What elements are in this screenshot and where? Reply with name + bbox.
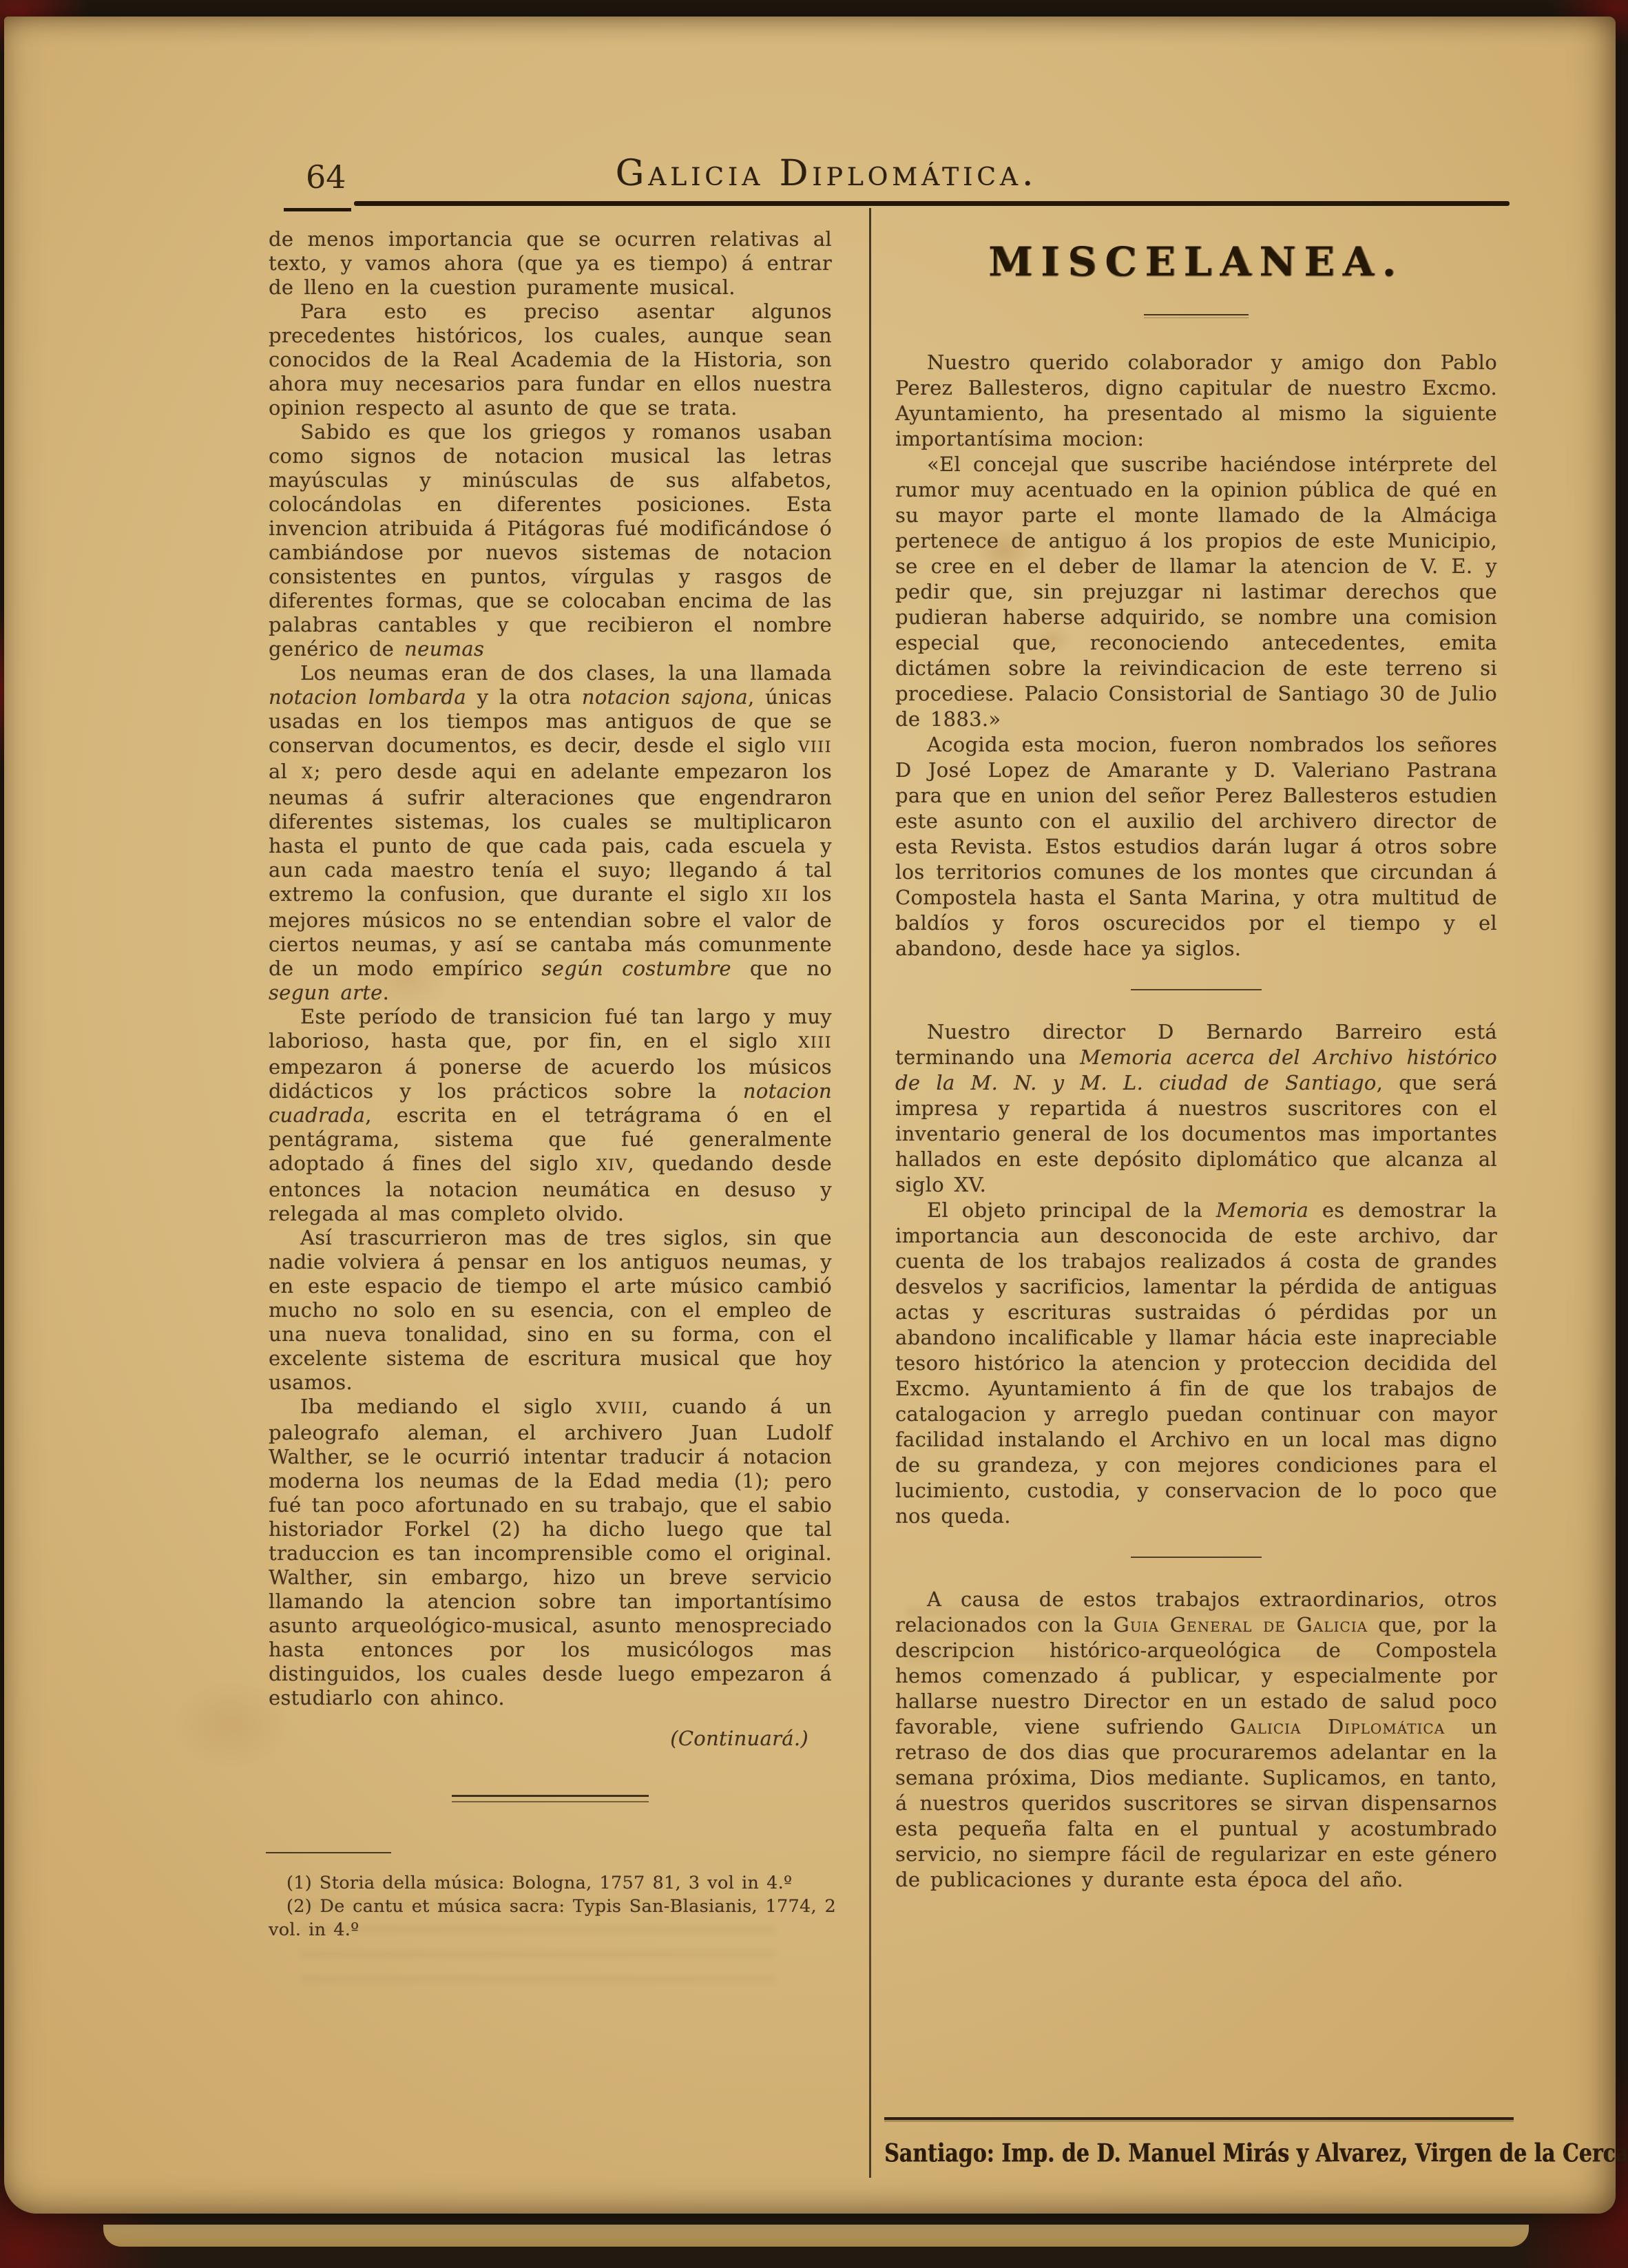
title-flourish-rule — [1144, 314, 1249, 318]
article-end-rule — [452, 1795, 649, 1802]
miscelanea-items: Nuestro querido colaborador y amigo don … — [895, 350, 1497, 1893]
paragraph: Sabido es que los griegos y romanos usab… — [269, 420, 832, 661]
text-segment: VIII — [798, 738, 832, 756]
news-item: Nuestro director D Bernardo Barreiro est… — [895, 1019, 1497, 1529]
journal-title: Galicia Diplomática. — [530, 153, 1123, 194]
article-text: de menos importancia que se ocurren rela… — [269, 227, 832, 1710]
text-segment: Sabido es que los griegos y romanos usab… — [269, 420, 832, 660]
text-segment: «El concejal que suscribe haciéndose int… — [895, 452, 1497, 731]
footnotes: (1) Storia della música: Bologna, 1757 8… — [269, 1871, 836, 1942]
text-segment: un retraso de dos dias que procuraremos … — [895, 1715, 1497, 1891]
text-segment: neumas — [404, 637, 484, 660]
header-rule-left-segment — [284, 208, 351, 211]
header-rule — [354, 201, 1510, 206]
paragraph: A causa de estos trabajos extraordinario… — [895, 1587, 1497, 1893]
article-column: de menos importancia que se ocurren rela… — [269, 227, 832, 1942]
text-segment: Galicia Diplomática — [1230, 1715, 1445, 1738]
text-segment: Para esto es preciso asentar algunos pre… — [269, 300, 832, 419]
text-segment: El objeto principal de la — [927, 1198, 1216, 1222]
text-segment: ; pero desde aqui en adelante empezaron … — [269, 760, 832, 906]
text-segment: X — [302, 764, 314, 782]
text-segment: segun arte — [269, 981, 383, 1004]
text-segment: , cuando á un paleografo aleman, el arch… — [269, 1395, 832, 1709]
text-segment: XIII — [798, 1034, 832, 1052]
paragraph: Para esto es preciso asentar algunos pre… — [269, 300, 832, 420]
imprint-rule — [884, 2117, 1514, 2120]
continuation-note: (Continuará.) — [269, 1727, 808, 1751]
paragraph: Así trascurrieron mas de tres siglos, si… — [269, 1226, 832, 1395]
text-segment: (1) Storia della música: Bologna, 1757 8… — [286, 1873, 792, 1893]
text-segment: XIV — [596, 1156, 628, 1174]
text-segment: Nuestro querido colaborador y amigo don … — [895, 351, 1497, 450]
text-segment: . — [383, 981, 390, 1004]
paragraph: Nuestro querido colaborador y amigo don … — [895, 350, 1497, 452]
paragraph: Nuestro director D Bernardo Barreiro est… — [895, 1019, 1497, 1198]
footnote-rule — [266, 1852, 391, 1853]
text-segment: notacion sajona — [582, 685, 748, 709]
paragraph: El objeto principal de la Memoria es dem… — [895, 1198, 1497, 1529]
paragraph: (2) De cantu et música sacra: Typis San-… — [269, 1895, 836, 1942]
text-segment: Así trascurrieron mas de tres siglos, si… — [269, 1226, 832, 1394]
text-segment: de menos importancia que se ocurren rela… — [269, 227, 832, 299]
text-segment: y la otra — [466, 685, 582, 709]
text-segment: Este período de transicion fué tan largo… — [269, 1005, 832, 1052]
section-divider — [1131, 989, 1262, 990]
text-segment: Iba mediando el siglo — [300, 1395, 596, 1418]
text-segment: Acogida esta mocion, fueron nombrados lo… — [895, 733, 1497, 960]
paragraph: Los neumas eran de dos clases, la una ll… — [269, 661, 832, 1005]
text-segment: Memoria — [1216, 1198, 1308, 1222]
paragraph: de menos importancia que se ocurren rela… — [269, 227, 832, 300]
paper-sheet: 64 Galicia Diplomática. de menos importa… — [4, 17, 1616, 2214]
paragraph: Iba mediando el siglo XVIII, cuando á un… — [269, 1395, 832, 1710]
column-divider-rule — [869, 208, 871, 2178]
paragraph: Este período de transicion fué tan largo… — [269, 1005, 832, 1226]
imprint-line: Santiago: Imp. de D. Manuel Mirás y Alva… — [884, 2139, 1518, 2168]
text-segment: al — [269, 760, 302, 783]
text-segment: según costumbre — [542, 957, 731, 980]
underlying-page-edge — [103, 2225, 1529, 2247]
news-item: Nuestro querido colaborador y amigo don … — [895, 350, 1497, 961]
section-divider — [1131, 1557, 1262, 1558]
text-segment: notacion lombarda — [269, 685, 466, 709]
text-segment: XII — [762, 887, 789, 905]
text-segment: es demostrar la importancia aun desconoc… — [895, 1198, 1497, 1528]
text-segment: (2) De cantu et música sacra: Typis San-… — [269, 1896, 836, 1940]
paragraph: «El concejal que suscribe haciéndose int… — [895, 452, 1497, 732]
news-item: A causa de estos trabajos extraordinario… — [895, 1587, 1497, 1893]
text-segment: que no — [731, 957, 832, 980]
paragraph: Acogida esta mocion, fueron nombrados lo… — [895, 732, 1497, 961]
page-number: 64 — [306, 158, 346, 196]
miscelanea-column: MISCELANEA. Nuestro querido colaborador … — [895, 238, 1497, 1893]
section-title: MISCELANEA. — [895, 238, 1497, 285]
text-segment: Los neumas eran de dos clases, la una ll… — [300, 661, 832, 685]
text-segment: XVIII — [596, 1400, 642, 1417]
text-segment: Guia General de Galicia — [1114, 1613, 1368, 1636]
scanned-page-photo: { "page": { "number": "64", "journal_tit… — [0, 0, 1628, 2268]
paragraph: (1) Storia della música: Bologna, 1757 8… — [269, 1871, 836, 1895]
